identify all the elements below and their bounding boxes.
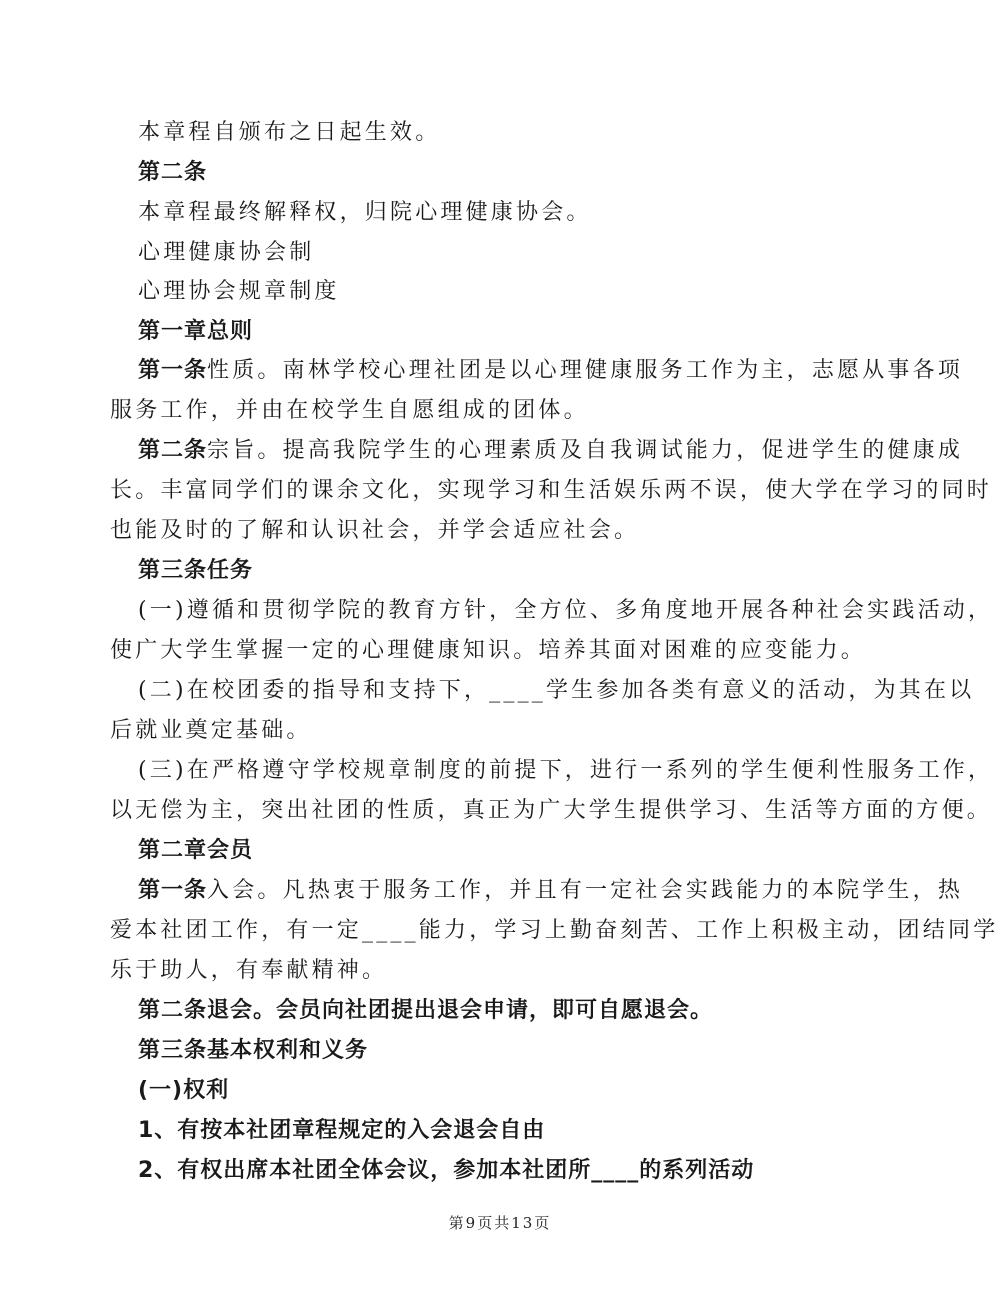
line-text: 第二条退会。会员向社团提出退会申请，即可自愿退会。 [138,998,713,1023]
paragraph-line: 本章程最终解释权，归院心理健康协会。 [138,198,928,228]
line-text: 使广大学生掌握一定的心理健康知识。培养其面对困难的应变能力。 [110,638,866,663]
heading-line: 第二条 [138,158,928,188]
heading-line: 第三条任务 [138,556,928,586]
line-text: 入会。凡热衷于服务工作，并且有一定社会实践能力的本院学生，热 [207,878,963,903]
line-text: 第二章会员 [138,838,253,863]
line-text: 1、有按本社团章程规定的入会退会自由 [138,1118,545,1143]
paragraph-line: 第一条入会。凡热衷于服务工作，并且有一定社会实践能力的本院学生，热 [138,876,928,906]
line-text: 第三条任务 [138,558,253,583]
line-text: 也能及时的了解和认识社会，并学会适应社会。 [110,518,639,543]
line-text: 爱本社团工作，有一定____能力，学习上勤奋刻苦、工作上积极主动，团结同学， [110,918,1000,943]
line-text: (一)权利 [138,1078,229,1103]
line-text: 本章程最终解释权，归院心理健康协会。 [138,200,592,225]
heading-line: (一)权利 [138,1076,928,1106]
paragraph-line: 本章程自颁布之日起生效。 [138,118,928,148]
paragraph-line: 以无偿为主，突出社团的性质，真正为广大学生提供学习、生活等方面的方便。 [110,796,900,826]
heading-line: 第二章会员 [138,836,928,866]
paragraph-line: 服务工作，并由在校学生自愿组成的团体。 [110,396,900,426]
page-number-footer: 第9页共13页 [0,1212,1000,1233]
paragraph-line: (一)遵循和贯彻学院的教育方针，全方位、多角度地开展各种社会实践活动， [138,596,928,626]
line-text: 第二条 [138,160,207,185]
line-text: 第一章总则 [138,319,253,344]
article-label: 第一条 [138,358,207,383]
line-text: 2、有权出席本社团全体会议，参加本社团所____的系列活动 [138,1158,754,1183]
article-label: 第一条 [138,878,207,903]
line-text: (二)在校团委的指导和支持下，____学生参加各类有意义的活动，为其在以 [138,678,974,703]
line-text: 心理健康协会制 [138,240,314,265]
paragraph-line: 使广大学生掌握一定的心理健康知识。培养其面对困难的应变能力。 [110,636,900,666]
paragraph-line: 第一条性质。南林学校心理社团是以心理健康服务工作为主，志愿从事各项 [138,356,928,386]
heading-line: 第二条退会。会员向社团提出退会申请，即可自愿退会。 [138,996,928,1026]
line-text: (一)遵循和贯彻学院的教育方针，全方位、多角度地开展各种社会实践活动， [138,598,993,623]
heading-line: 1、有按本社团章程规定的入会退会自由 [138,1116,928,1146]
paragraph-line: 也能及时的了解和认识社会，并学会适应社会。 [110,516,900,546]
heading-line: 第三条基本权利和义务 [138,1036,928,1066]
heading-line: 2、有权出席本社团全体会议，参加本社团所____的系列活动 [138,1156,928,1186]
line-text: 乐于助人，有奉献精神。 [110,958,387,983]
paragraph-line: 乐于助人，有奉献精神。 [110,956,900,986]
line-text: 本章程自颁布之日起生效。 [138,120,440,145]
line-text: 宗旨。提高我院学生的心理素质及自我调试能力，促进学生的健康成 [207,438,963,463]
line-text: 长。丰富同学们的课余文化，实现学习和生活娱乐两不误，使大学在学习的同时 [110,478,992,503]
article-label: 第二条 [138,438,207,463]
paragraph-line: 第二条宗旨。提高我院学生的心理素质及自我调试能力，促进学生的健康成 [138,436,928,466]
paragraph-line: (三)在严格遵守学校规章制度的前提下，进行一系列的学生便利性服务工作， [138,756,928,786]
document-page: 本章程自颁布之日起生效。第二条本章程最终解释权，归院心理健康协会。心理健康协会制… [0,0,1000,1294]
paragraph-line: 后就业奠定基础。 [110,716,900,746]
paragraph-line: 心理协会规章制度 [138,277,928,307]
line-text: 第三条基本权利和义务 [138,1038,368,1063]
paragraph-line: 长。丰富同学们的课余文化，实现学习和生活娱乐两不误，使大学在学习的同时 [110,476,900,506]
line-text: (三)在严格遵守学校规章制度的前提下，进行一系列的学生便利性服务工作， [138,758,993,783]
paragraph-line: 心理健康协会制 [138,238,928,268]
line-text: 服务工作，并由在校学生自愿组成的团体。 [110,398,589,423]
line-text: 心理协会规章制度 [138,279,340,304]
line-text: 后就业奠定基础。 [110,718,312,743]
heading-line: 第一章总则 [138,317,928,347]
line-text: 性质。南林学校心理社团是以心理健康服务工作为主，志愿从事各项 [207,358,963,383]
paragraph-line: (二)在校团委的指导和支持下，____学生参加各类有意义的活动，为其在以 [138,676,928,706]
paragraph-line: 爱本社团工作，有一定____能力，学习上勤奋刻苦、工作上积极主动，团结同学， [110,916,900,946]
line-text: 以无偿为主，突出社团的性质，真正为广大学生提供学习、生活等方面的方便。 [110,798,992,823]
